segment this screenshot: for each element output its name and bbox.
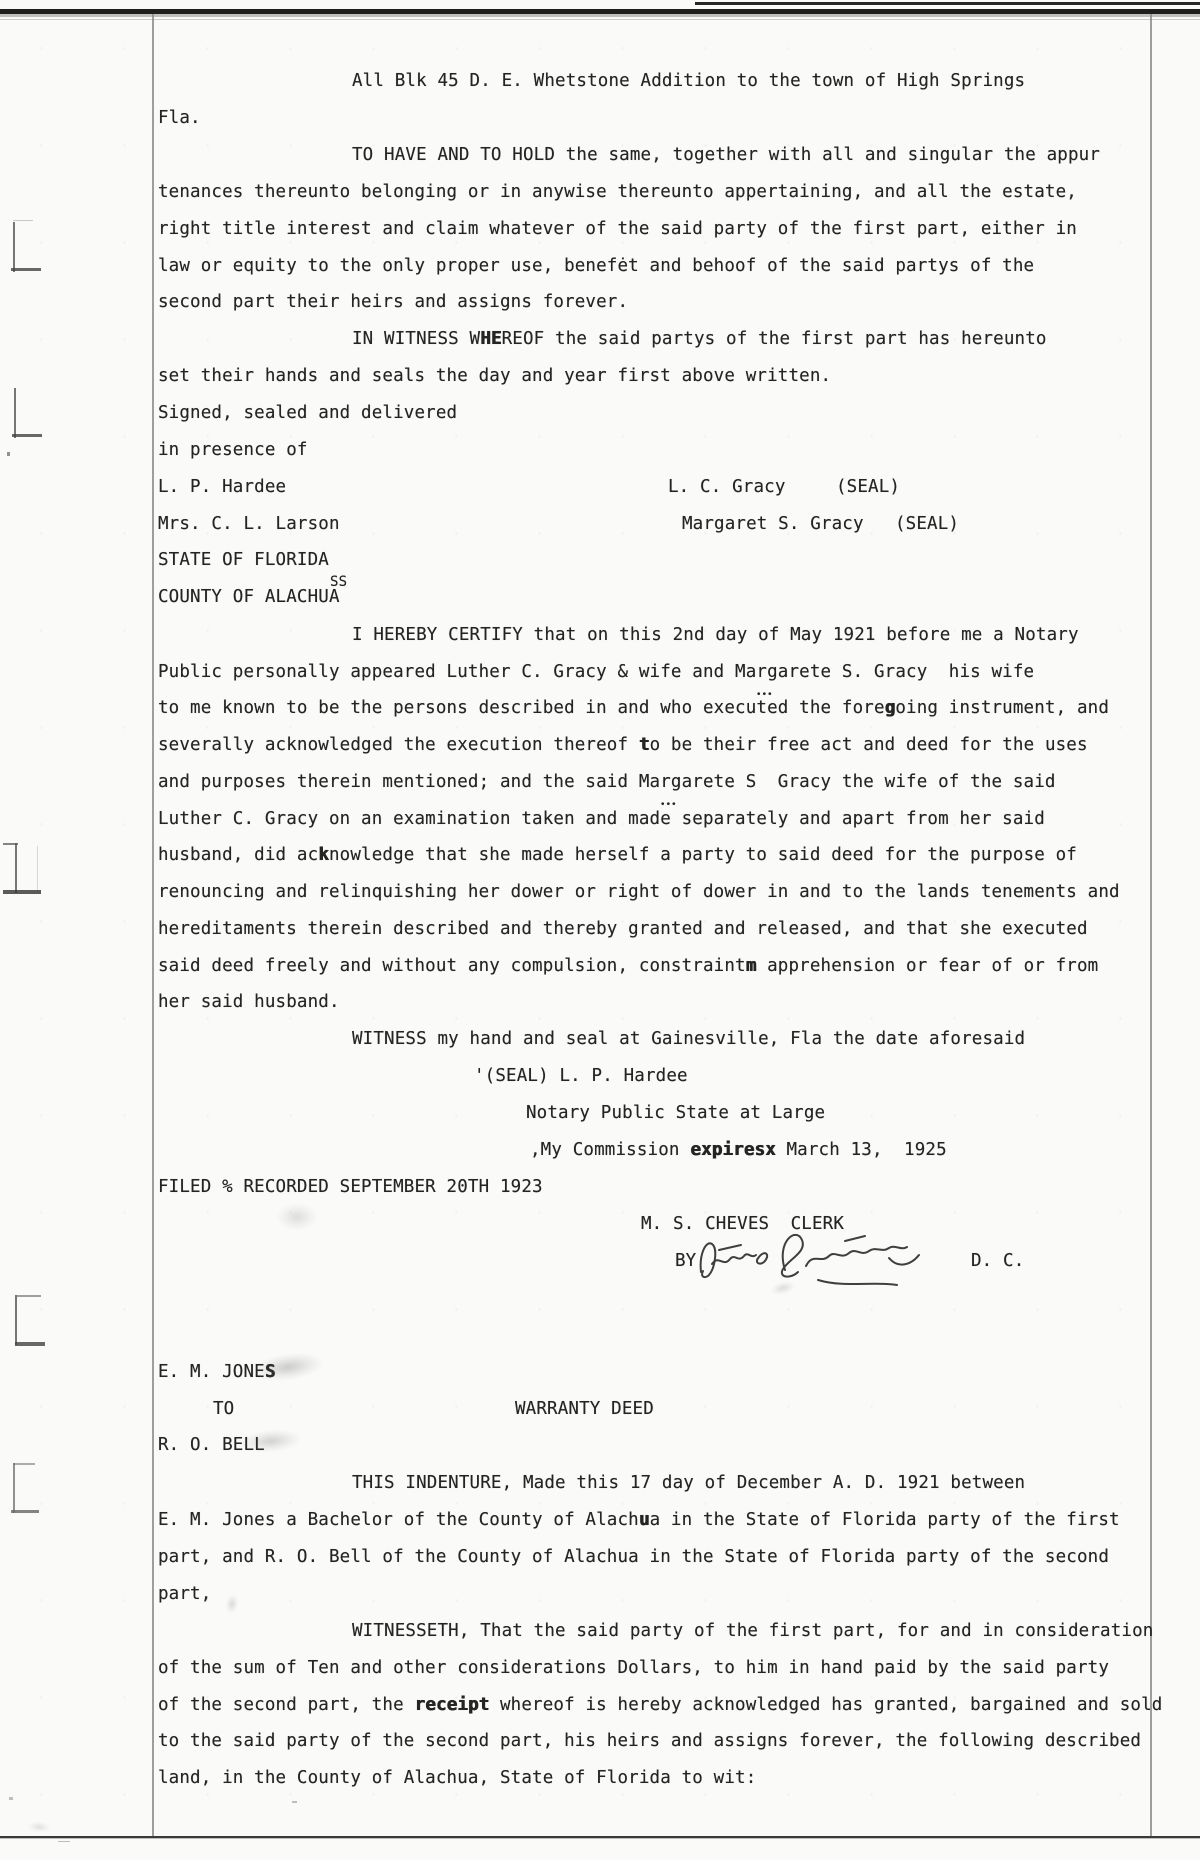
margin-bracket-mark (13, 1463, 35, 1465)
margin-bracket-mark (13, 220, 33, 221)
to-label: TO (213, 1398, 234, 1420)
notary-certificate-line: Public personally appeared Luther C. Gra… (158, 661, 1034, 683)
margin-bracket-mark (17, 1295, 41, 1297)
margin-bracket-mark (15, 1342, 45, 1346)
grantor-signature-name: Margaret S. Gracy (682, 513, 864, 535)
notary-certificate-line: hereditaments therein described and ther… (158, 918, 1088, 940)
margin-bracket-mark (14, 388, 16, 438)
top-border-gray-line (0, 19, 1200, 20)
property-description-line: Fla. (158, 107, 201, 129)
pencil-speck (9, 1797, 13, 1800)
habendum-line: tenances thereunto belonging or in anywi… (158, 181, 1077, 203)
margin-bracket-mark (11, 1510, 39, 1513)
right-margin-rule (1150, 14, 1152, 1838)
indenture-line: part, (158, 1583, 211, 1605)
pencil-speck (292, 1801, 297, 1803)
margin-bracket-mark (3, 890, 41, 894)
witnesseth-line: land, in the County of Alachua, State of… (158, 1767, 756, 1789)
habendum-line: law or equity to the only proper use, be… (158, 255, 1034, 277)
notary-certificate-line: and purposes therein mentioned; and the … (158, 771, 1056, 793)
margin-bracket-mark (15, 843, 17, 893)
left-margin-rule (152, 14, 154, 1838)
witness-name: Mrs. C. L. Larson (158, 513, 340, 535)
notary-witness-line: WITNESS my hand and seal at Gainesville,… (352, 1028, 1025, 1050)
venue-county-line: COUNTY OF ALACHUA (158, 586, 340, 608)
pencil-speck (58, 1841, 70, 1842)
witness-clause-line: IN WITNESS WHEREOF the said partys of th… (352, 328, 1047, 350)
top-border-line (0, 9, 1200, 14)
witnesseth-line: WITNESSETH, That the said party of the f… (352, 1620, 1153, 1642)
margin-bracket-mark (13, 222, 15, 272)
habendum-line: right title interest and claim whatever … (158, 218, 1077, 240)
habendum-line: second part their heirs and assigns fore… (158, 291, 628, 313)
notary-seal-signature-line: '(SEAL) L. P. Hardee (474, 1065, 688, 1087)
indenture-line: E. M. Jones a Bachelor of the County of … (158, 1509, 1120, 1531)
notary-certificate-line: severally acknowledged the execution the… (158, 734, 1088, 756)
notary-certificate-line: to me known to be the persons described … (158, 697, 1109, 719)
witnesseth-line: to the said party of the second part, hi… (158, 1730, 1141, 1752)
deputy-clerk-initials: D. C. (971, 1250, 1024, 1272)
notary-certificate-line: husband, did acknowledge that she made h… (158, 844, 1077, 866)
filed-recorded-line: FILED % RECORDED SEPTEMBER 20TH 1923 (158, 1176, 543, 1198)
habendum-line: TO HAVE AND TO HOLD the same, together w… (352, 144, 1100, 166)
notary-certificate-line: her said husband. (158, 991, 340, 1013)
deputy-clerk-signature (693, 1226, 928, 1296)
seal-label: (SEAL) (895, 513, 959, 535)
witnesseth-line: of the second part, the receipt whereof … (158, 1694, 1163, 1716)
indenture-line: THIS INDENTURE, Made this 17 day of Dece… (352, 1472, 1025, 1494)
notary-certificate-line: said deed freely and without any compuls… (158, 955, 1098, 977)
ink-smudge (276, 1203, 318, 1231)
witnesseth-line: of the sum of Ten and other consideratio… (158, 1657, 1109, 1679)
attestation-line: Signed, sealed and delivered (158, 402, 457, 424)
witness-clause-line: set their hands and seals the day and ye… (158, 365, 831, 387)
property-description-line: All Blk 45 D. E. Whetstone Addition to t… (352, 70, 1025, 92)
seal-label: (SEAL) (836, 476, 900, 498)
ink-smudge (239, 1427, 303, 1454)
margin-bracket-mark (11, 268, 41, 271)
indenture-line: part, and R. O. Bell of the County of Al… (158, 1546, 1109, 1568)
attestation-line: in presence of (158, 439, 308, 461)
notary-certificate-line: renouncing and relinquishing her dower o… (158, 881, 1120, 903)
notary-certificate-line: I HEREBY CERTIFY that on this 2nd day of… (352, 624, 1079, 646)
bottom-border-line (0, 1836, 1200, 1838)
notary-certificate-line: Luther C. Gracy on an examination taken … (158, 808, 1045, 830)
ink-smudge (28, 1821, 51, 1833)
scanned-deed-page: All Blk 45 D. E. Whetstone Addition to t… (0, 0, 1200, 1860)
deed-type-heading: WARRANTY DEED (515, 1398, 654, 1420)
venue-state-line: STATE OF FLORIDA (158, 549, 329, 571)
commission-expiry-line: ,My Commission expiresx March 13, 1925 (530, 1139, 947, 1161)
margin-bracket-mark (37, 846, 38, 890)
margin-bracket-mark (12, 434, 42, 437)
ink-smudge (224, 1593, 239, 1615)
witness-name: L. P. Hardee (158, 476, 286, 498)
margin-bracket-mark (15, 1295, 17, 1345)
grantor-signature-name: L. C. Gracy (668, 476, 786, 498)
margin-bracket-mark (7, 452, 10, 456)
notary-title-line: Notary Public State at Large (526, 1102, 825, 1124)
top-border-upper-segment (695, 2, 1200, 5)
margin-bracket-mark (13, 1463, 15, 1513)
